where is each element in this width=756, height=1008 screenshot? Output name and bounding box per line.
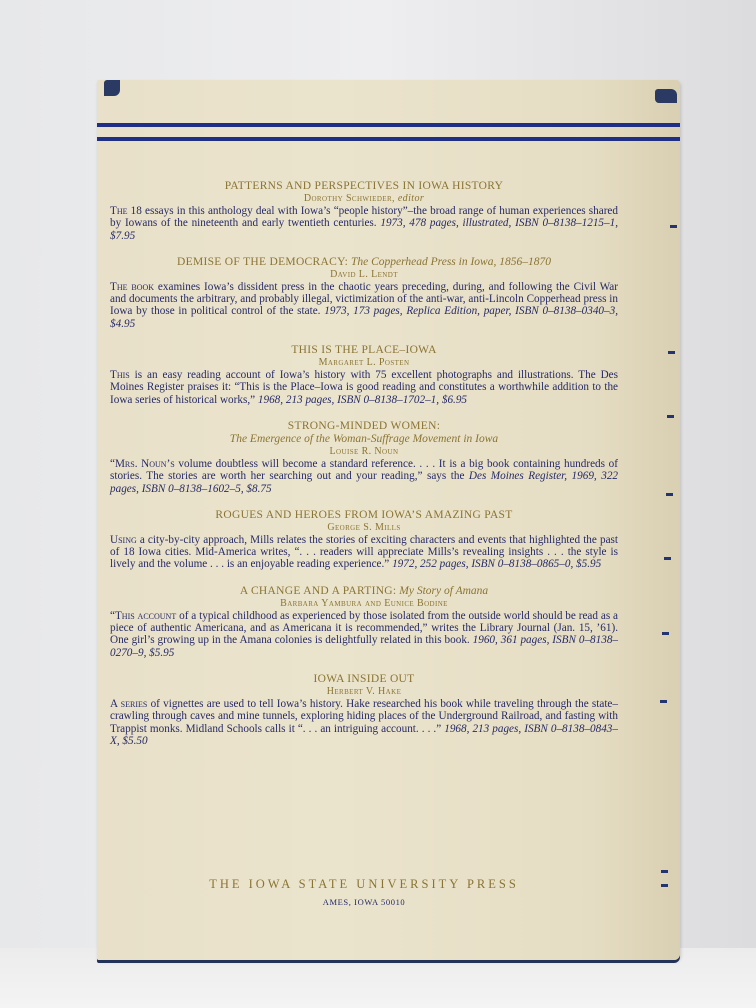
- book-description: The book examines Iowa’s dissident press…: [110, 281, 618, 330]
- book-title: DEMISE OF THE DEMOCRACY: The Copperhead …: [110, 256, 618, 269]
- book-description: This is an easy reading account of Iowa’…: [110, 369, 618, 406]
- book-title: PATTERNS AND PERSPECTIVES IN IOWA HISTOR…: [110, 180, 618, 193]
- book-title: A CHANGE AND A PARTING: My Story of Aman…: [110, 585, 618, 598]
- publisher-imprint: THE IOWA STATE UNIVERSITY PRESS AMES, IO…: [110, 877, 618, 907]
- book-entry: ROGUES AND HEROES FROM IOWA’S AMAZING PA…: [110, 509, 618, 571]
- book-author: George S. Mills: [110, 522, 618, 534]
- book-entry: PATTERNS AND PERSPECTIVES IN IOWA HISTOR…: [110, 180, 618, 242]
- binding-corner-left: [104, 80, 120, 96]
- book-description: “Mrs. Noun’s volume doubtless will becom…: [110, 458, 618, 495]
- book-description: “This account of a typical childhood as …: [110, 610, 618, 659]
- publisher-address: AMES, IOWA 50010: [110, 897, 618, 907]
- book-title: STRONG-MINDED WOMEN:: [110, 420, 618, 433]
- book-description: The 18 essays in this anthology deal wit…: [110, 205, 618, 242]
- book-description: A series of vignettes are used to tell I…: [110, 698, 618, 747]
- book-title: ROGUES AND HEROES FROM IOWA’S AMAZING PA…: [110, 509, 618, 522]
- book-author: Louise R. Noun: [110, 446, 618, 458]
- book-author: Dorothy Schwieder, editor: [110, 193, 618, 205]
- decorative-stripe-top: [97, 123, 680, 127]
- book-description: Using a city-by-city approach, Mills rel…: [110, 534, 618, 571]
- book-author: Margaret L. Posten: [110, 357, 618, 369]
- book-entry: DEMISE OF THE DEMOCRACY: The Copperhead …: [110, 256, 618, 330]
- decorative-stripe-bottom: [97, 137, 680, 141]
- book-entry: STRONG-MINDED WOMEN: The Emergence of th…: [110, 420, 618, 495]
- book-author: Herbert V. Hake: [110, 686, 618, 698]
- book-author: David L. Lendt: [110, 269, 618, 281]
- book-author: Barbara Yambura and Eunice Bodine: [110, 598, 618, 610]
- binding-corner-right: [655, 89, 677, 103]
- book-entry: A CHANGE AND A PARTING: My Story of Aman…: [110, 585, 618, 659]
- book-entry: THIS IS THE PLACE–IOWA Margaret L. Poste…: [110, 344, 618, 406]
- book-subtitle: The Emergence of the Woman-Suffrage Move…: [110, 433, 618, 446]
- book-title: THIS IS THE PLACE–IOWA: [110, 344, 618, 357]
- publisher-name: THE IOWA STATE UNIVERSITY PRESS: [110, 877, 618, 892]
- book-listings: PATTERNS AND PERSPECTIVES IN IOWA HISTOR…: [110, 180, 618, 761]
- book-title: IOWA INSIDE OUT: [110, 673, 618, 686]
- book-entry: IOWA INSIDE OUT Herbert V. Hake A series…: [110, 673, 618, 747]
